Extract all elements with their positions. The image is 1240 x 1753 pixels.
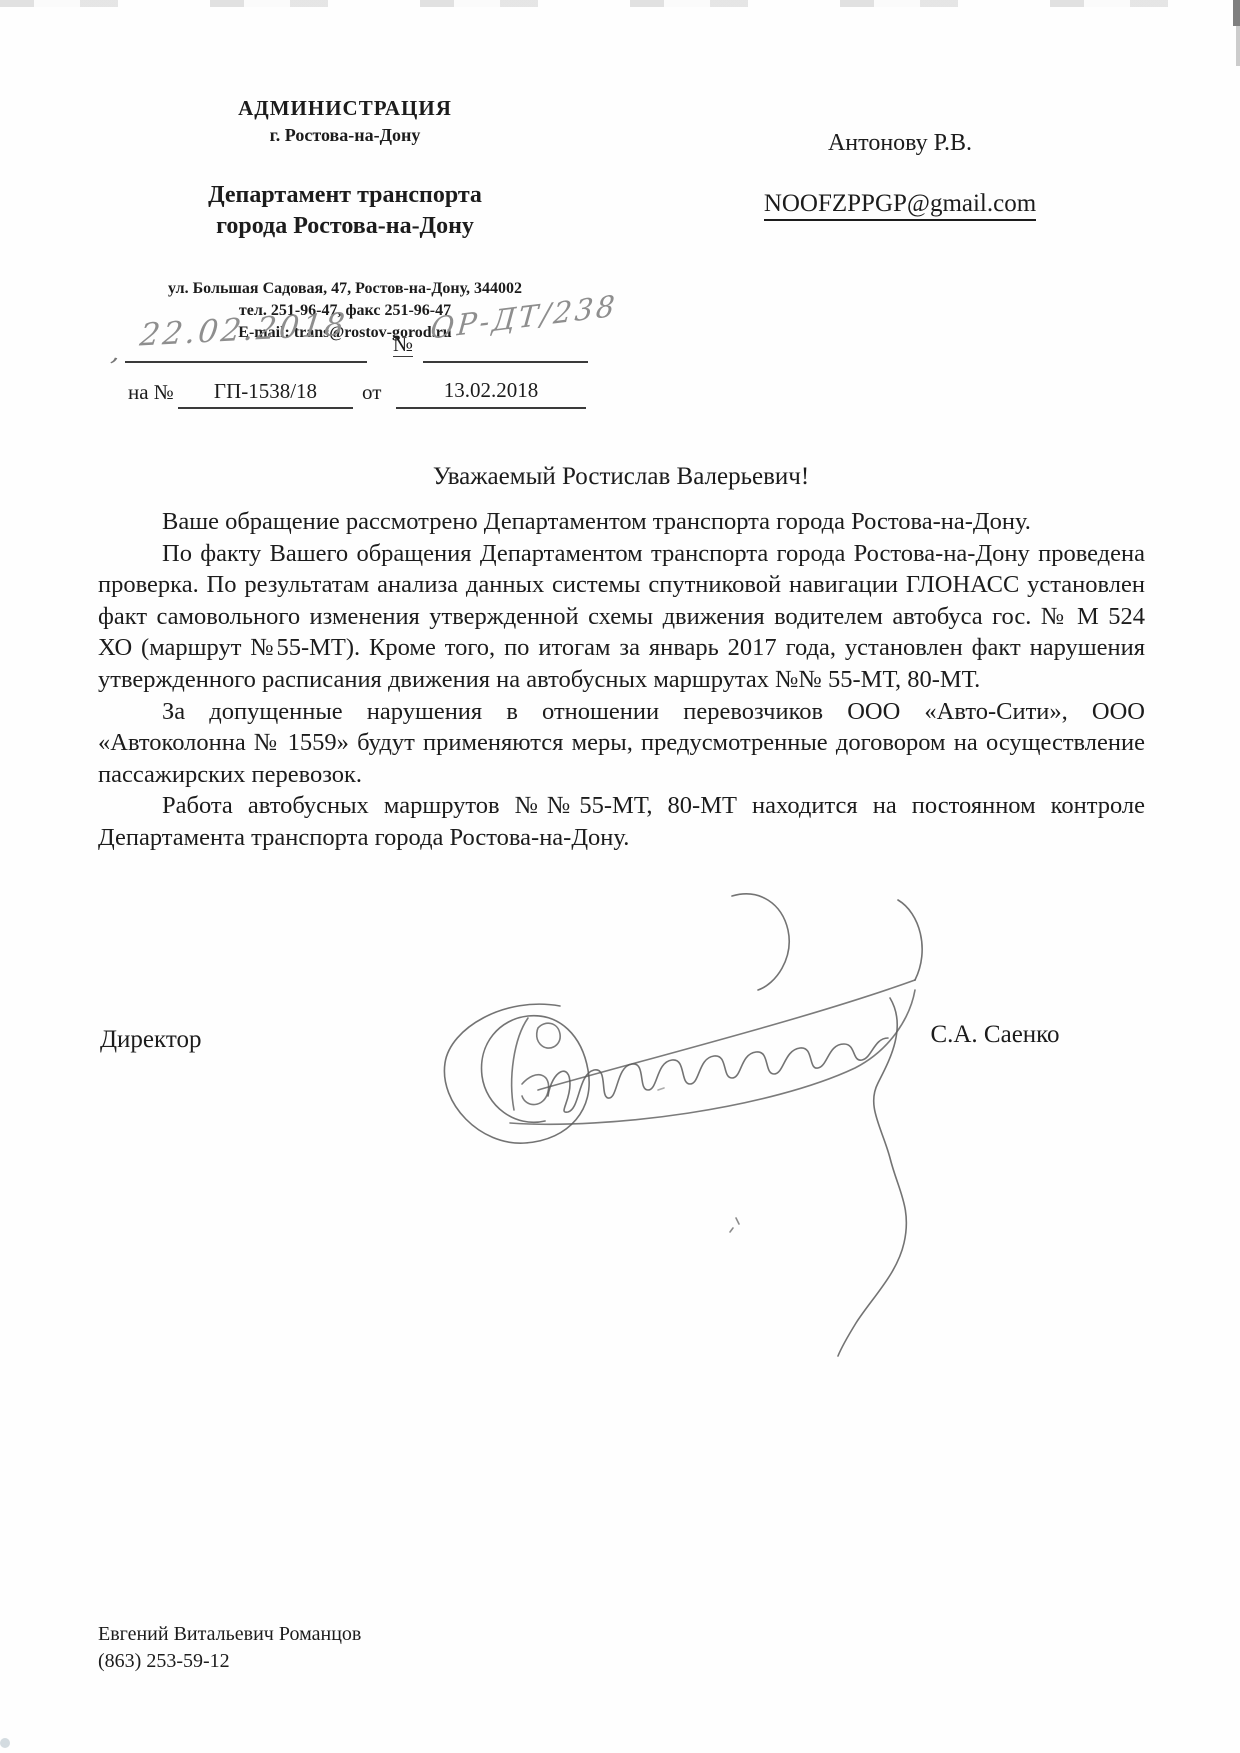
scan-mark-top-right-2: [1236, 26, 1240, 66]
paragraph-3: За допущенные нарушения в отношении пере…: [98, 696, 1145, 791]
letterhead-address: ул. Большая Садовая, 47, Ростов-на-Дону,…: [120, 278, 570, 300]
reply-to-date: 13.02.2018: [396, 378, 586, 403]
reply-number-underline: [178, 407, 353, 409]
paragraph-4: Работа автобусных маршрутов №№55-МТ, 80-…: [98, 790, 1145, 853]
footer-contact-phone: (863) 253-59-12: [98, 1648, 361, 1675]
letter-body: Ваше обращение рассмотрено Департаментом…: [98, 506, 1145, 854]
paragraph-1: Ваше обращение рассмотрено Департаментом…: [98, 506, 1145, 538]
scan-noise-top-edge: [0, 0, 1240, 7]
scan-mark-top-right: [1233, 0, 1240, 26]
scanned-letter-page: { "letterhead": { "org_line1": "АДМИНИСТ…: [0, 0, 1240, 1753]
letterhead-dept-line1: Департамент транспорта: [120, 180, 570, 211]
reply-to-label: на №: [128, 380, 174, 405]
date-underline: [125, 361, 367, 363]
number-label: №: [393, 332, 413, 357]
recipient-block: Антонову Р.В. NOOFZPPGP@gmail.com: [690, 130, 1110, 221]
letterhead-dept-line2: города Ростова-на-Дону: [120, 211, 570, 242]
reply-to-number: ГП-1538/18: [178, 379, 353, 404]
footer-contact-name: Евгений Витальевич Романцов: [98, 1621, 361, 1648]
footer-contact: Евгений Витальевич Романцов (863) 253-59…: [98, 1621, 361, 1675]
number-underline: [423, 361, 588, 363]
recipient-email: NOOFZPPGP@gmail.com: [764, 190, 1036, 221]
scan-mark-bottom-left: [0, 1738, 10, 1748]
reply-from-label: от: [362, 380, 381, 405]
handwritten-tick: ,: [109, 337, 126, 369]
signature-scribble: [410, 878, 950, 1368]
reply-date-underline: [396, 407, 586, 409]
letterhead-org-line2: г. Ростова-на-Дону: [120, 125, 570, 146]
letterhead-org-line1: АДМИНИСТРАЦИЯ: [120, 96, 570, 121]
recipient-name: Антонову Р.В.: [690, 130, 1110, 157]
paragraph-2: По факту Вашего обращения Департаментом …: [98, 538, 1145, 696]
salutation: Уважаемый Ростислав Валерьевич!: [98, 463, 1144, 491]
signer-position: Директор: [100, 1026, 201, 1054]
